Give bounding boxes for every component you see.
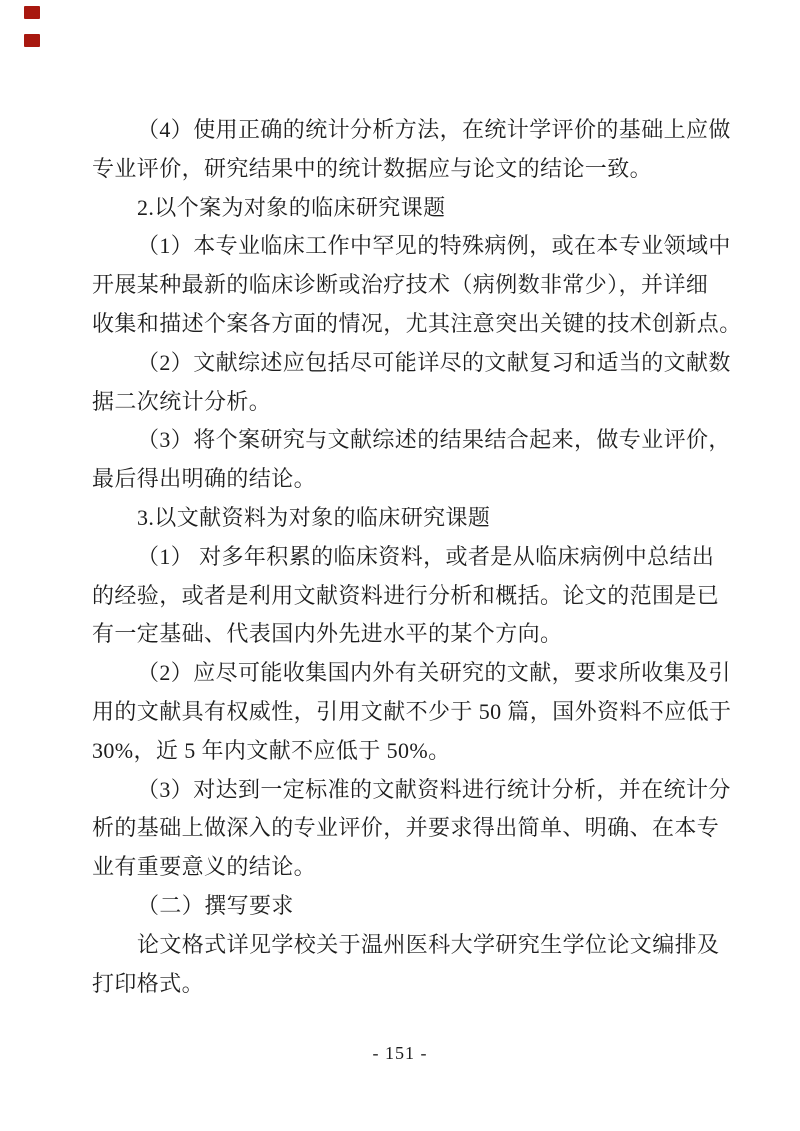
- text-line: 30%，近 5 年内文献不应低于 50%。: [92, 732, 712, 771]
- text-line: 据二次统计分析。: [92, 383, 712, 422]
- text-line: （3）将个案研究与文献综述的结果结合起来，做专业评价，: [92, 421, 712, 460]
- text-line: 用的文献具有权威性，引用文献不少于 50 篇，国外资料不应低于: [92, 693, 712, 732]
- text-line: 专业评价，研究结果中的统计数据应与论文的结论一致。: [92, 150, 712, 189]
- text-line: 最后得出明确的结论。: [92, 460, 712, 499]
- text-line: 收集和描述个案各方面的情况，尤其注意突出关键的技术创新点。: [92, 305, 712, 344]
- document-page: （4）使用正确的统计分析方法，在统计学评价的基础上应做专业评价，研究结果中的统计…: [0, 0, 800, 1131]
- text-line: （2）应尽可能收集国内外有关研究的文献，要求所收集及引: [92, 654, 712, 693]
- text-line: 2.以个案为对象的临床研究课题: [92, 189, 712, 228]
- text-line: 的经验，或者是利用文献资料进行分析和概括。论文的范围是已: [92, 577, 712, 616]
- page-footer: - 151 -: [0, 1043, 800, 1064]
- text-line: 析的基础上做深入的专业评价，并要求得出简单、明确、在本专: [92, 809, 712, 848]
- text-line: 论文格式详见学校关于温州医科大学研究生学位论文编排及: [92, 926, 712, 965]
- text-line: （2）文献综述应包括尽可能详尽的文献复习和适当的文献数: [92, 344, 712, 383]
- document-body: （4）使用正确的统计分析方法，在统计学评价的基础上应做专业评价，研究结果中的统计…: [92, 111, 712, 1003]
- text-line: （1） 对多年积累的临床资料，或者是从临床病例中总结出: [92, 538, 712, 577]
- text-line: （二）撰写要求: [92, 887, 712, 926]
- text-line: （1）本专业临床工作中罕见的特殊病例，或在本专业领域中: [92, 227, 712, 266]
- text-line: 3.以文献资料为对象的临床研究课题: [92, 499, 712, 538]
- page-number: - 151 -: [373, 1043, 428, 1063]
- text-line: 有一定基础、代表国内外先进水平的某个方向。: [92, 615, 712, 654]
- red-annotation-mark: [24, 6, 40, 19]
- text-line: 业有重要意义的结论。: [92, 848, 712, 887]
- text-line: （3）对达到一定标准的文献资料进行统计分析，并在统计分: [92, 771, 712, 810]
- text-line: 打印格式。: [92, 965, 712, 1004]
- text-line: 开展某种最新的临床诊断或治疗技术（病例数非常少），并详细: [92, 266, 712, 305]
- red-annotation-mark: [24, 34, 40, 47]
- text-line: （4）使用正确的统计分析方法，在统计学评价的基础上应做: [92, 111, 712, 150]
